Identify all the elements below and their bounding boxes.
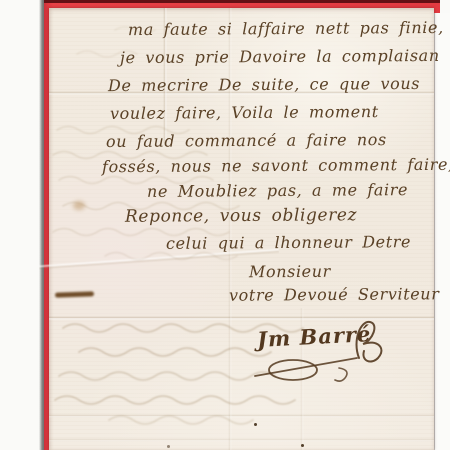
ink-speck	[254, 423, 257, 426]
letter-line: celui qui a lhonneur Detre	[166, 232, 411, 253]
letter-line: fossés, nous ne savont comment faire,	[102, 155, 450, 176]
ink-speck	[167, 445, 170, 448]
scanner-margin-right	[434, 13, 450, 450]
letter-line: votre Devoué Serviteur	[229, 284, 440, 304]
scanned-letter-photo: ma faute si laffaire nett pas finie, je …	[0, 0, 450, 450]
letter-line: ne Moubliez pas, a me faire	[147, 180, 408, 201]
letter-line: Reponce, vous obligerez	[125, 205, 357, 227]
letter-paper: ma faute si laffaire nett pas finie, je …	[49, 8, 434, 450]
letter-line: De mecrire De suite, ce que vous	[108, 74, 420, 95]
paper-stain	[73, 201, 85, 210]
letter-line: ma faute si laffaire nett pas finie,	[128, 18, 444, 39]
letter-line: Monsieur	[249, 262, 331, 282]
letter-line: voulez faire, Voila le moment	[110, 102, 379, 123]
backing-left-edge-shadow	[39, 0, 44, 450]
backing-top-edge	[43, 0, 440, 3]
letter-line: je vous prie Davoire la complaisan	[120, 46, 440, 67]
signature-flourish	[247, 350, 402, 392]
ink-speck	[301, 444, 304, 447]
letter-line: ou faud commancé a faire nos	[106, 130, 387, 151]
